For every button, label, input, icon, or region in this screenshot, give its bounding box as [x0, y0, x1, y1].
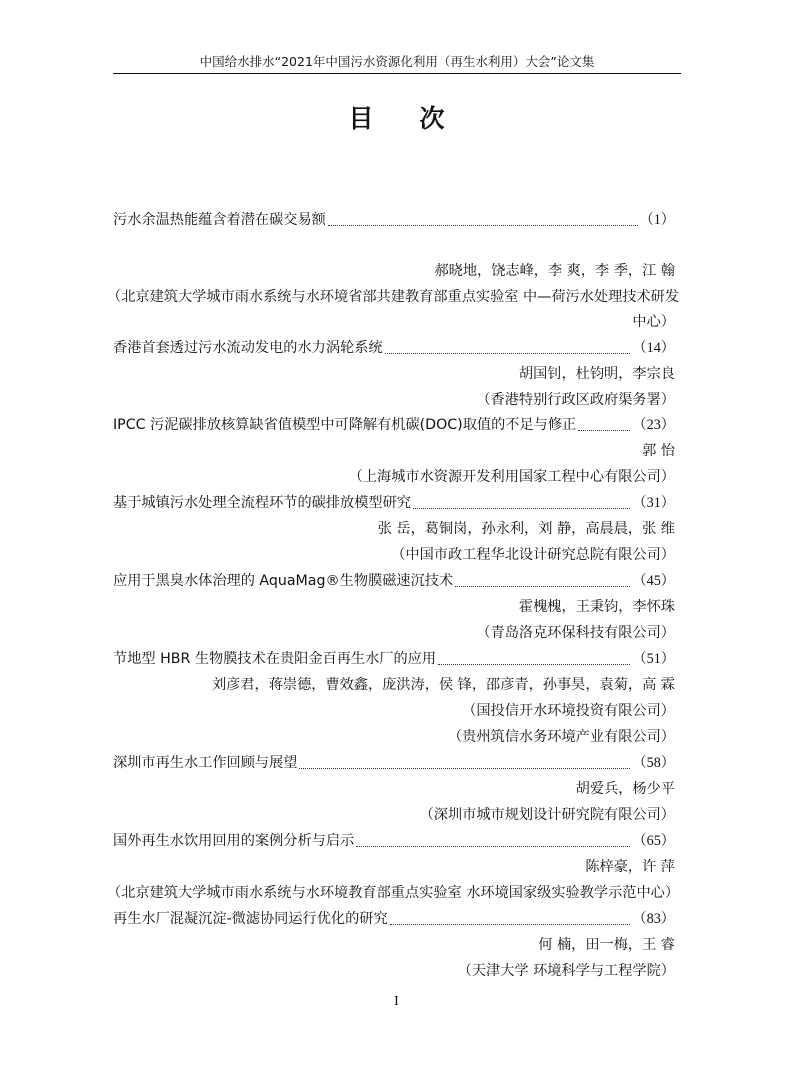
entry-affiliation: （深圳市城市规划设计研究院有限公司） — [113, 803, 675, 827]
leader-dots — [578, 413, 630, 431]
entry-page: （1） — [640, 208, 675, 232]
page-title: 目次 — [0, 99, 793, 135]
entry-authors: 胡爱兵，杨少平 — [113, 777, 675, 801]
entry-page: （51） — [632, 647, 675, 671]
entry-title: 香港首套透过污水流动发电的水力涡轮系统 — [113, 336, 383, 360]
toc-entry[interactable]: 再生水厂混凝沉淀-微滤协同运行优化的研究 （83） — [113, 907, 675, 931]
entry-affiliation: （国投信开水环境投资有限公司） — [113, 699, 675, 723]
leader-dots — [390, 907, 631, 925]
entry-affiliation: （香港特别行政区政府渠务署） — [113, 388, 675, 412]
entry-authors: 何 楠，田一梅，王 睿 — [113, 933, 675, 957]
running-head: 中国给水排水“2021年中国污水资源化利用（再生水利用）大会”论文集 — [113, 54, 681, 70]
entry-affiliation: 中心） — [113, 310, 675, 334]
toc-entry[interactable]: 应用于黑臭水体治理的 AquaMag®生物膜磁速沉技术 （45） — [113, 569, 675, 593]
page-number: I — [0, 994, 793, 1010]
entry-title: 应用于黑臭水体治理的 AquaMag®生物膜磁速沉技术 — [113, 569, 453, 593]
entry-page: （23） — [632, 413, 675, 437]
title-char-2: 次 — [420, 99, 445, 135]
entry-title: 基于城镇污水处理全流程环节的碳排放模型研究 — [113, 491, 411, 515]
entry-title: 国外再生水饮用回用的案例分析与启示 — [113, 829, 354, 853]
entry-title: 再生水厂混凝沉淀-微滤协同运行优化的研究 — [113, 907, 388, 931]
entry-page: （31） — [632, 491, 675, 515]
entry-authors: 郝晓地，饶志峰，李 爽，李 季，江 翰 — [113, 259, 675, 283]
leader-dots — [438, 647, 630, 665]
leader-dots — [455, 569, 630, 587]
toc-entry[interactable]: 深圳市再生水工作回顾与展望 （58） — [113, 751, 675, 775]
entry-affiliation: （北京建筑大学城市雨水系统与水环境省部共建教育部重点实验室 中—荷污水处理技术研… — [107, 285, 675, 309]
entry-page: （58） — [632, 751, 675, 775]
entry-affiliation: （天津大学 环境科学与工程学院） — [113, 959, 675, 983]
entry-page: （14） — [632, 336, 675, 360]
entry-authors: 郭 怡 — [113, 439, 675, 463]
toc-entry[interactable]: 基于城镇污水处理全流程环节的碳排放模型研究 （31） — [113, 491, 675, 515]
leader-dots — [385, 336, 631, 354]
entry-title: 污水余温热能蕴含着潜在碳交易额 — [113, 208, 326, 232]
leader-dots — [413, 491, 630, 509]
entry-authors: 陈梓豪，许 萍 — [113, 855, 675, 879]
entry-title: 节地型 HBR 生物膜技术在贵阳金百再生水厂的应用 — [113, 647, 436, 671]
header-rule — [113, 73, 681, 74]
toc-entry[interactable]: 节地型 HBR 生物膜技术在贵阳金百再生水厂的应用 （51） — [113, 647, 675, 671]
toc-entry[interactable]: 香港首套透过污水流动发电的水力涡轮系统 （14） — [113, 336, 675, 360]
entry-affiliation: （上海城市水资源开发利用国家工程中心有限公司） — [113, 465, 675, 489]
toc-entry[interactable]: IPCC 污泥碳排放核算缺省值模型中可降解有机碳(DOC)取值的不足与修正 （2… — [113, 413, 675, 437]
entry-authors: 霍槐槐，王秉钧，李怀珠 — [113, 595, 675, 619]
entry-affiliation: （青岛洛克环保科技有限公司） — [113, 621, 675, 645]
entry-title: 深圳市再生水工作回顾与展望 — [113, 751, 297, 775]
leader-dots — [328, 208, 638, 226]
entry-authors: 刘彦君，蒋崇德，曹效鑫，庞洪涛，侯 锋，邵彦青，孙事昊，袁菊，高 霖 — [113, 673, 675, 697]
entry-title: IPCC 污泥碳排放核算缺省值模型中可降解有机碳(DOC)取值的不足与修正 — [113, 413, 576, 437]
leader-dots — [299, 751, 630, 769]
entry-page: （83） — [632, 907, 675, 931]
entry-affiliation: （中国市政工程华北设计研究总院有限公司） — [113, 543, 675, 567]
entry-authors: 胡国钊，杜钧明，李宗良 — [113, 362, 675, 386]
entry-page: （45） — [632, 569, 675, 593]
toc-entry[interactable]: 污水余温热能蕴含着潜在碳交易额 （1） — [113, 208, 675, 232]
entry-affiliation: （贵州筑信水务环境产业有限公司） — [113, 725, 675, 749]
title-char-1: 目 — [348, 99, 373, 135]
entry-authors: 张 岳，葛铜岗，孙永利，刘 静，高晨晨，张 维 — [113, 517, 675, 541]
entry-affiliation: （北京建筑大学城市雨水系统与水环境教育部重点实验室 水环境国家级实验教学示范中心… — [107, 881, 675, 905]
entry-page: （65） — [632, 829, 675, 853]
toc-entry[interactable]: 国外再生水饮用回用的案例分析与启示 （65） — [113, 829, 675, 853]
leader-dots — [356, 829, 630, 847]
